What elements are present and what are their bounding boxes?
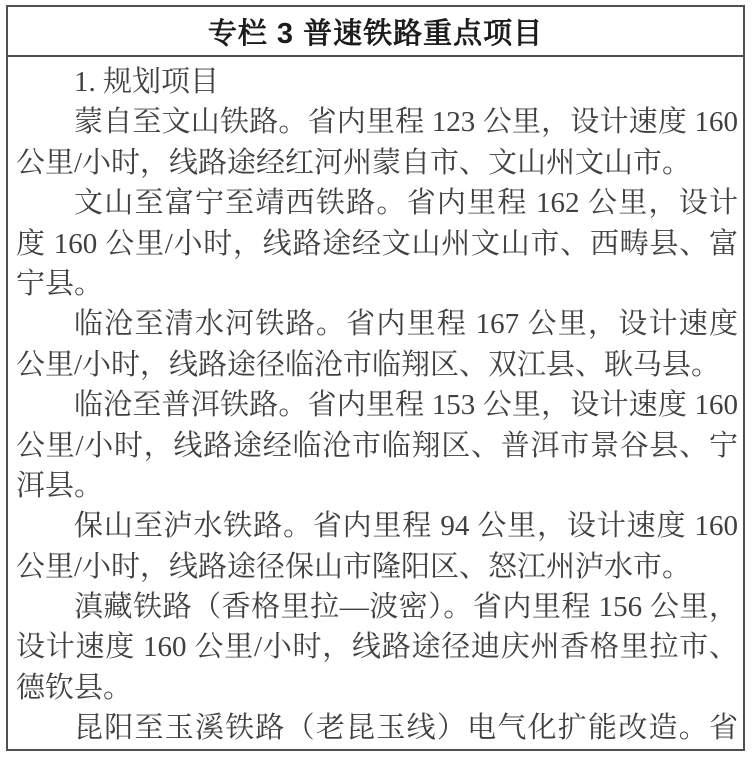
paragraph-line: 公里/小时，线路途径临沧市临翔区、双江县、耿马县。 [16,345,738,385]
paragraph-line: 宁县。 [16,264,738,304]
box-body: 1. 规划项目 蒙自至文山铁路。省内里程 123 公里，设计速度 160公里/小… [8,57,743,749]
paragraph-line: 保山至泸水铁路。省内里程 94 公里，设计速度 160 [16,506,738,546]
paragraph-line: 蒙自至文山铁路。省内里程 123 公里，设计速度 160 [16,102,738,142]
paragraph-line: 德钦县。 [16,668,738,708]
paragraph-line: 度 160 公里/小时，线路途经文山州文山市、西畴县、富 [16,224,738,264]
paragraph-line: 洱县。 [16,466,738,506]
box-title-row: 专栏 3 普速铁路重点项目 [8,7,743,57]
box-title: 专栏 3 普速铁路重点项目 [208,11,543,52]
paragraph-line: 临沧至清水河铁路。省内里程 167 公里，设计速度 160 [16,304,738,344]
paragraph-line: 公里/小时，线路途经红河州蒙自市、文山州文山市。 [16,143,738,183]
paragraph-line: 滇藏铁路（香格里拉—波密）。省内里程 156 公里， [16,587,738,627]
paragraph-line: 临沧至普洱铁路。省内里程 153 公里，设计速度 160 [16,385,738,425]
document-page: 专栏 3 普速铁路重点项目 1. 规划项目 蒙自至文山铁路。省内里程 123 公… [0,0,755,757]
paragraph-line: 昆阳至玉溪铁路（老昆玉线）电气化扩能改造。省内 [16,708,738,748]
section-heading: 1. 规划项目 [16,62,738,102]
paragraph-line: 文山至富宁至靖西铁路。省内里程 162 公里，设计速 [16,183,738,223]
paragraph-line: 公里/小时，线路途经临沧市临翔区、普洱市景谷县、宁 [16,426,738,466]
paragraph-line: 公里/小时，线路途径保山市隆阳区、怒江州泸水市。 [16,547,738,587]
column-box: 专栏 3 普速铁路重点项目 1. 规划项目 蒙自至文山铁路。省内里程 123 公… [6,5,745,751]
paragraph-line: 设计速度 160 公里/小时，线路途径迪庆州香格里拉市、 [16,627,738,667]
